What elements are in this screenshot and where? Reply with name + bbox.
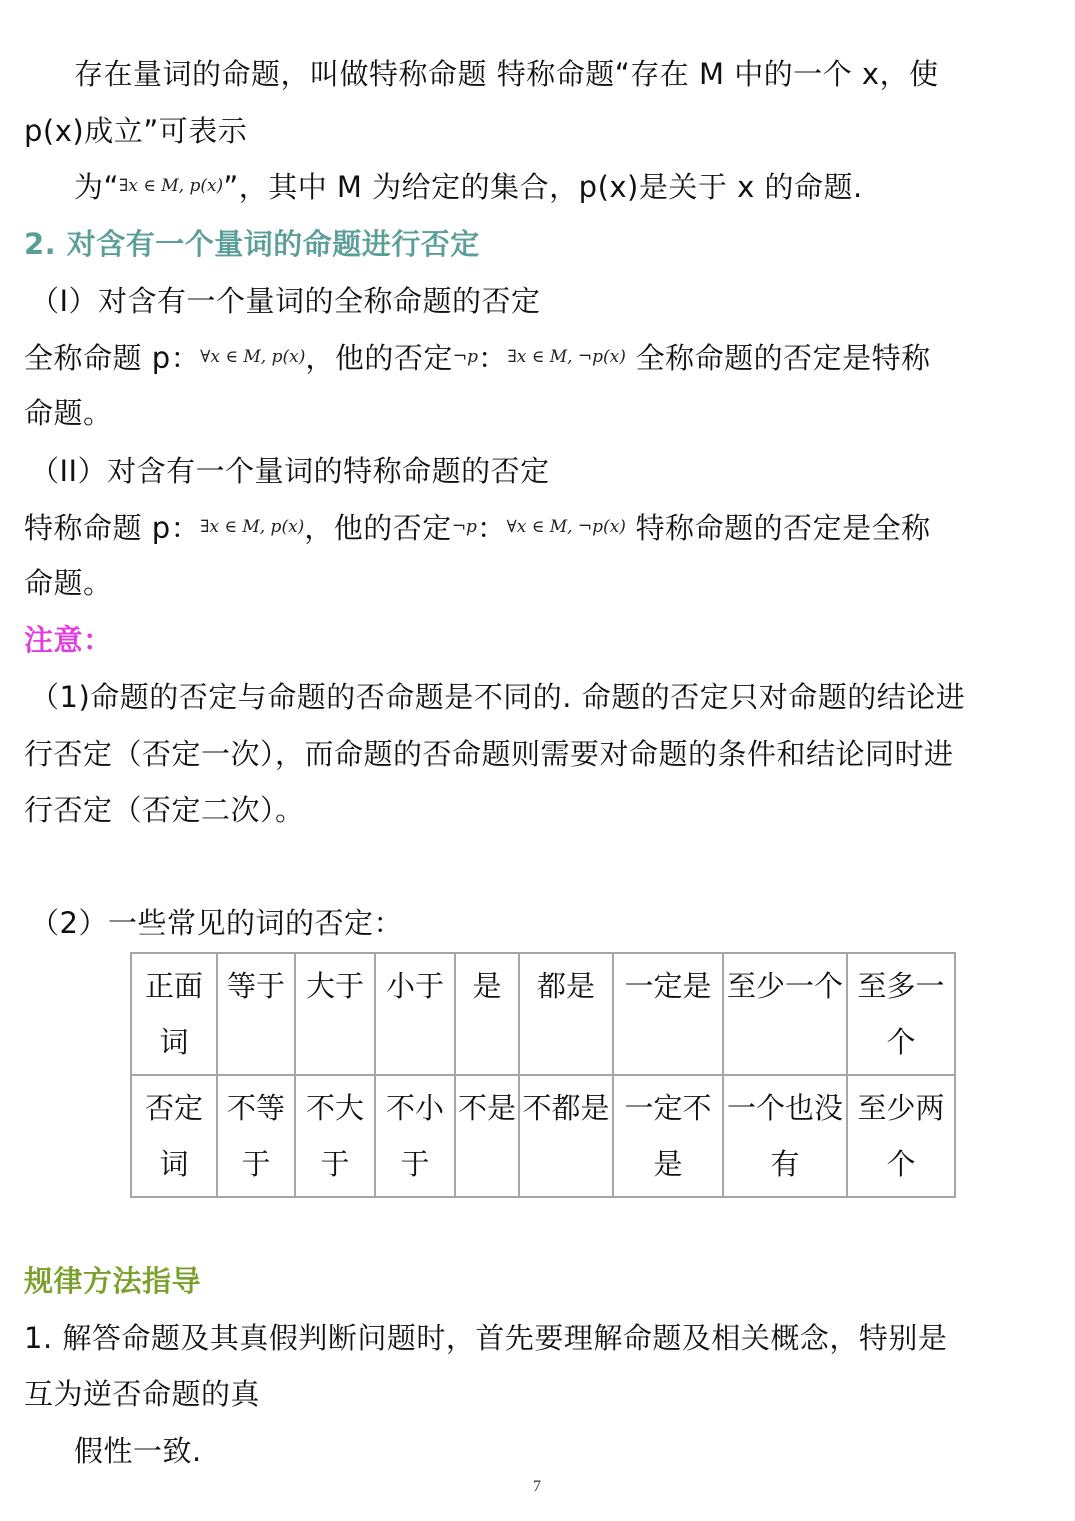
intro-line-3: 为“∃x ∈ M, p(x)”，其中 M 为给定的集合，p(x)是关于 x 的命…: [74, 166, 863, 207]
sub2-mid: ，他的否定: [304, 511, 452, 545]
sub2-tail-2: 命题。: [24, 563, 113, 603]
table-cell: 不小于: [375, 1075, 455, 1197]
sub1-colon: ：: [478, 341, 508, 375]
table-cell: 不大于: [295, 1075, 375, 1197]
method-heading: 规律方法指导: [24, 1261, 201, 1301]
table-cell: 小于: [375, 953, 455, 1075]
intro-line-3-prefix: 为“: [74, 170, 119, 204]
table-cell: 正面词: [131, 953, 217, 1075]
note-p1-line-2: 行否定（否定一次），而命题的否命题则需要对命题的条件和结论同时进: [24, 734, 954, 774]
neg-p-symbol: ¬p: [453, 347, 478, 367]
table-cell: 一定是: [613, 953, 723, 1075]
exists-formula: ∃x ∈ M, p(x): [119, 176, 223, 196]
note-p1-line-3: 行否定（否定二次）。: [24, 790, 305, 830]
intro-line-2: p(x)成立”可表示: [24, 111, 247, 151]
intro-line-3-suffix: ”，其中 M 为给定的集合，p(x)是关于 x 的命题.: [223, 170, 863, 204]
sub2-statement: 特称命题 p：∃x ∈ M, p(x)，他的否定¬p：∀x ∈ M, ¬p(x)…: [24, 507, 931, 548]
table-cell: 至少两个: [847, 1075, 955, 1197]
sub1-statement: 全称命题 p：∀x ∈ M, p(x)，他的否定¬p：∃x ∈ M, ¬p(x)…: [24, 337, 931, 378]
table-cell: 是: [455, 953, 519, 1075]
page-number: 7: [533, 1478, 541, 1496]
neg-exists-formula: ∃x ∈ M, ¬p(x): [508, 347, 626, 367]
forall-formula: ∀x ∈ M, p(x): [200, 347, 305, 367]
table-cell: 不是: [455, 1075, 519, 1197]
sub1-prefix: 全称命题 p：: [24, 341, 200, 375]
exists-formula-2: ∃x ∈ M, p(x): [200, 517, 304, 537]
table-cell: 一定不是: [613, 1075, 723, 1197]
table-cell: 都是: [519, 953, 613, 1075]
table-row-negative: 否定词 不等于 不大于 不小于 不是 不都是 一定不是 一个也没有 至少两个: [131, 1075, 955, 1197]
note-p1-line-1: （1)命题的否定与命题的否命题是不同的. 命题的否定只对命题的结论进: [30, 677, 965, 717]
note-p2-title: （2）一些常见的词的否定：: [30, 903, 403, 943]
table-row-positive: 正面词 等于 大于 小于 是 都是 一定是 至少一个 至多一个: [131, 953, 955, 1075]
note-heading: 注意：: [24, 620, 113, 660]
sub2-title: （II）对含有一个量词的特称命题的否定: [30, 451, 550, 491]
negation-table: 正面词 等于 大于 小于 是 都是 一定是 至少一个 至多一个 否定词 不等于 …: [130, 952, 956, 1198]
method-line-3: 假性一致.: [74, 1431, 202, 1471]
sub1-tail-2: 命题。: [24, 393, 113, 433]
table-cell: 一个也没有: [723, 1075, 847, 1197]
method-line-1: 1. 解答命题及其真假判断问题时，首先要理解命题及相关概念，特别是: [24, 1318, 947, 1358]
section-2-heading: 2. 对含有一个量词的命题进行否定: [24, 224, 480, 264]
table-cell: 等于: [217, 953, 295, 1075]
neg-p-symbol-2: ¬p: [452, 517, 477, 537]
table-cell: 否定词: [131, 1075, 217, 1197]
neg-forall-formula: ∀x ∈ M, ¬p(x): [506, 517, 625, 537]
sub2-tail: 特称命题的否定是全称: [626, 511, 931, 545]
table-cell: 不等于: [217, 1075, 295, 1197]
sub1-tail: 全称命题的否定是特称: [626, 341, 931, 375]
sub1-title: （I）对含有一个量词的全称命题的否定: [30, 281, 541, 321]
sub1-mid: ，他的否定: [305, 341, 453, 375]
sub2-prefix: 特称命题 p：: [24, 511, 200, 545]
intro-line-1: 存在量词的命题，叫做特称命题 特称命题“存在 M 中的一个 x，使: [74, 54, 939, 94]
method-line-2: 互为逆否命题的真: [24, 1374, 260, 1414]
sub2-colon: ：: [477, 511, 507, 545]
table-cell: 大于: [295, 953, 375, 1075]
table-cell: 至少一个: [723, 953, 847, 1075]
table-cell: 至多一个: [847, 953, 955, 1075]
table-cell: 不都是: [519, 1075, 613, 1197]
